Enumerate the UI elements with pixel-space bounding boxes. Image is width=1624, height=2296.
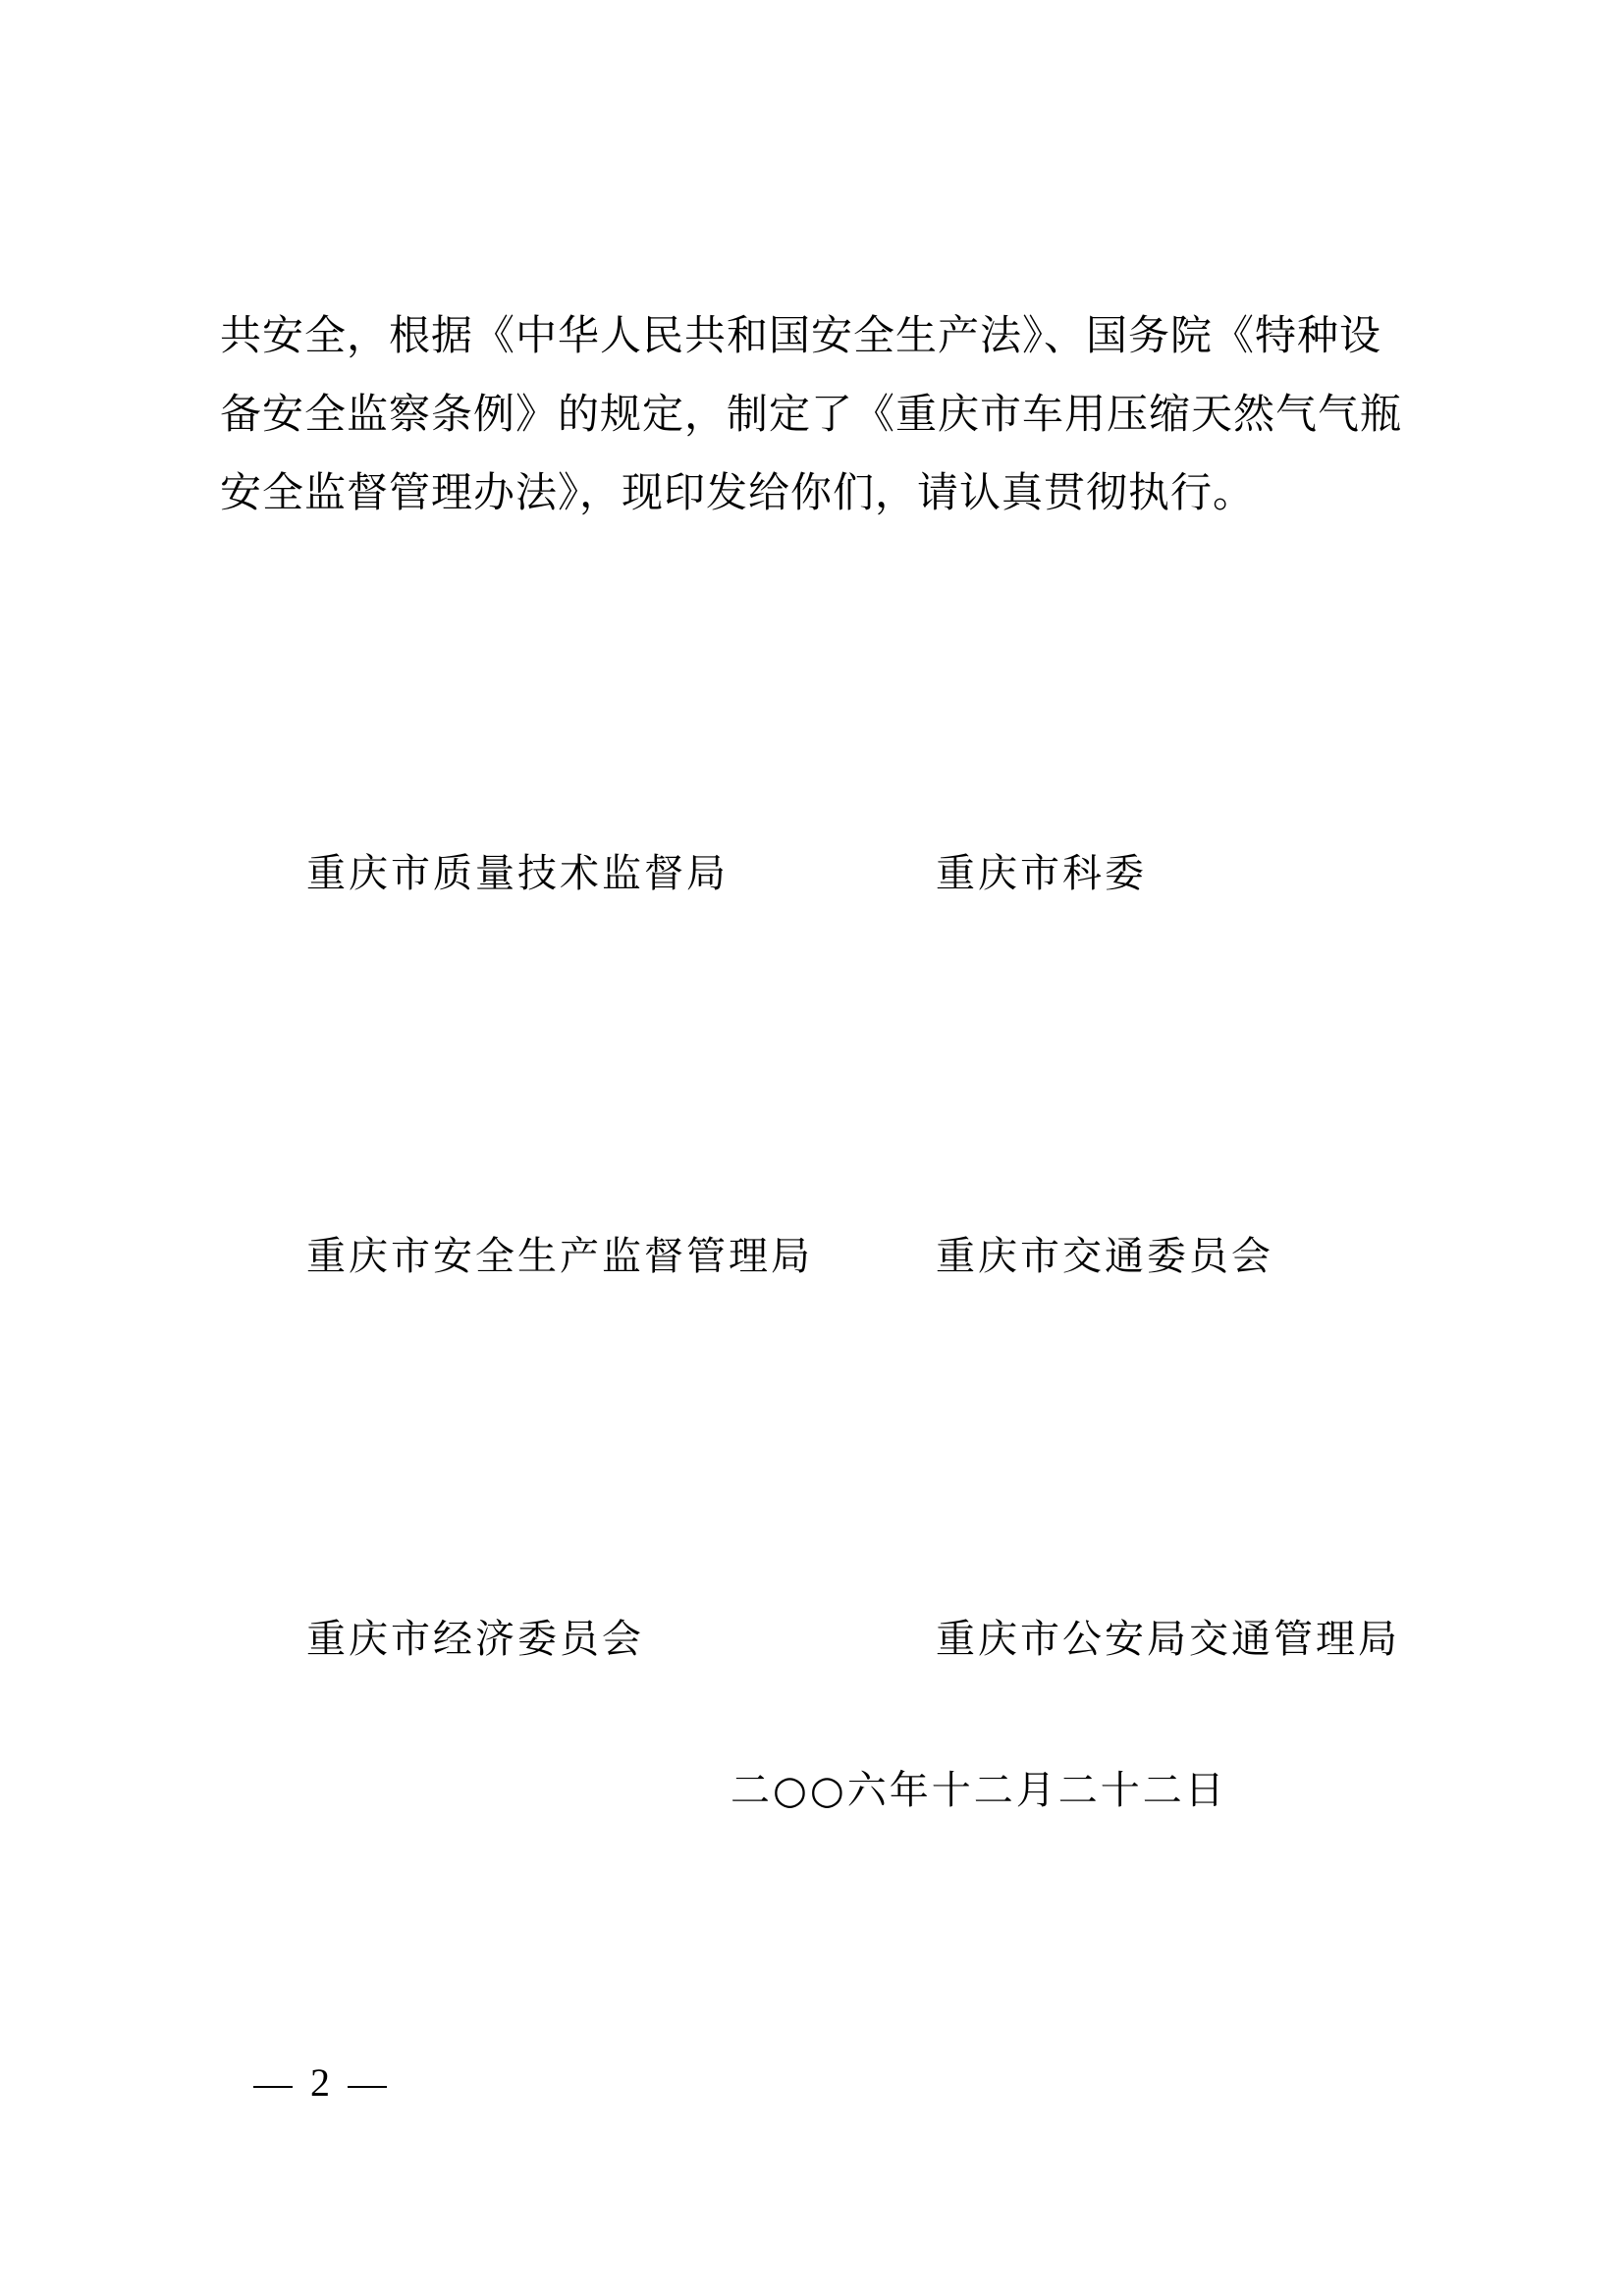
signatory-quality-supervision-bureau: 重庆市质量技术监督局 <box>306 850 729 897</box>
signatory-economic-commission: 重庆市经济委员会 <box>306 1616 644 1663</box>
dash-right <box>348 2086 387 2088</box>
signatory-work-safety-bureau: 重庆市安全生产监督管理局 <box>306 1233 813 1280</box>
issue-date: 二○○六年十二月二十二日 <box>731 1767 1227 1814</box>
signatory-science-commission: 重庆市科委 <box>936 850 1147 897</box>
body-line-2: 备安全监察条例》的规定，制定了《重庆市车用压缩天然气气瓶 <box>220 385 1437 463</box>
body-line-3: 安全监督管理办法》，现印发给你们，请认真贯彻执行。 <box>220 463 1437 542</box>
page-number-value: 2 <box>310 2059 330 2107</box>
body-line-1: 共安全，根据《中华人民共和国安全生产法》、国务院《特种设 <box>220 306 1437 385</box>
signatory-traffic-police-bureau: 重庆市公安局交通管理局 <box>936 1616 1400 1663</box>
signatory-transport-commission: 重庆市交通委员会 <box>936 1233 1273 1280</box>
body-paragraph: 共安全，根据《中华人民共和国安全生产法》、国务院《特种设 备安全监察条例》的规定… <box>220 306 1437 542</box>
dash-left <box>253 2086 293 2088</box>
document-page: 共安全，根据《中华人民共和国安全生产法》、国务院《特种设 备安全监察条例》的规定… <box>0 0 1624 2296</box>
page-number: 2 <box>253 2059 387 2107</box>
